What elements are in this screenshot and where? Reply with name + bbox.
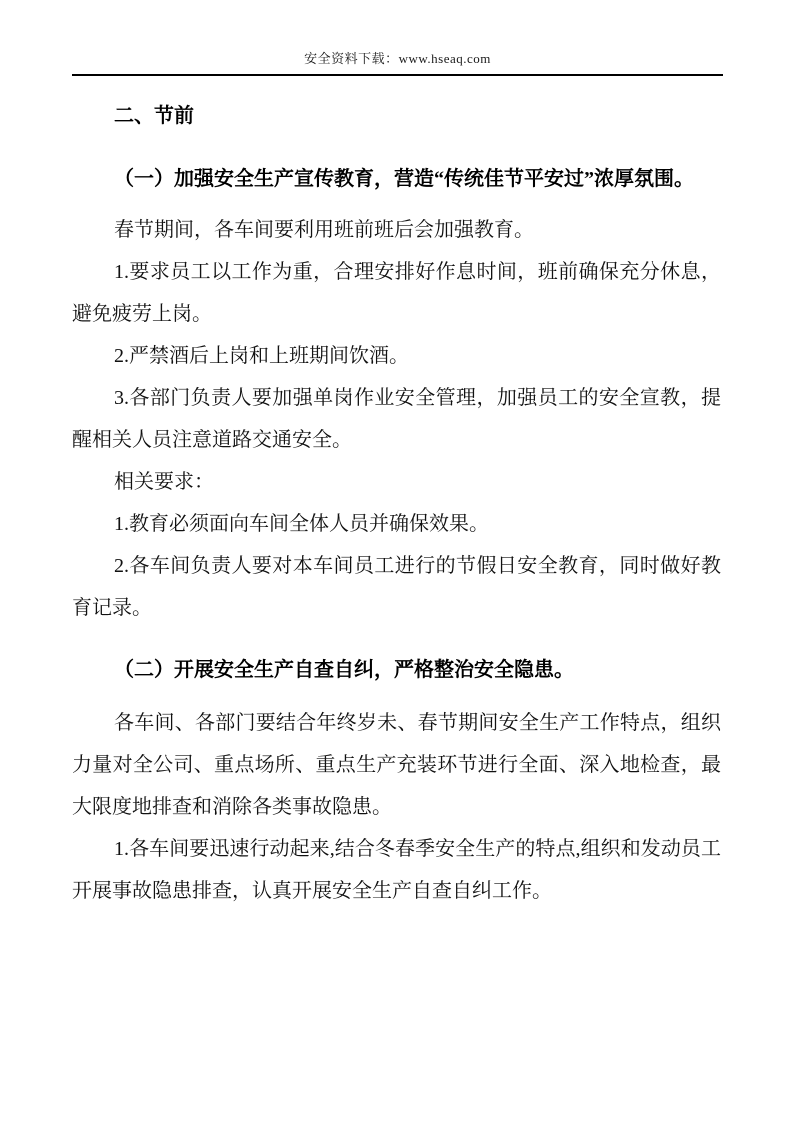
paragraph-item-3-management: 3.各部门负责人要加强单岗作业安全管理，加强员工的安全宣教，提醒相关人员注意道路… (72, 377, 721, 461)
paragraph-requirement-2: 2.各车间负责人要对本车间员工进行的节假日安全教育，同时做好教育记录。 (72, 545, 721, 629)
paragraph-intro-education: 春节期间，各车间要利用班前班后会加强教育。 (72, 209, 721, 251)
document-body: 二、节前 （一）加强安全生产宣传教育，营造“传统佳节平安过”浓厚氛围。 春节期间… (72, 77, 721, 912)
paragraph-requirement-1: 1.教育必须面向车间全体人员并确保效果。 (72, 503, 721, 545)
paragraph-item-2-alcohol: 2.严禁酒后上岗和上班期间饮酒。 (72, 335, 721, 377)
paragraph-inspection-overview: 各车间、各部门要结合年终岁未、春节期间安全生产工作特点，组织力量对全公司、重点场… (72, 702, 721, 828)
page-header-download-note: 安全资料下载：www.hseaq.com (72, 48, 723, 76)
paragraph-related-requirements-label: 相关要求： (72, 461, 721, 503)
section-title: 二、节前 (72, 95, 721, 137)
paragraph-inspection-item-1: 1.各车间要迅速行动起来,结合冬春季安全生产的特点,组织和发动员工开展事故隐患排… (72, 828, 721, 912)
sub-heading-1: （一）加强安全生产宣传教育，营造“传统佳节平安过”浓厚氛围。 (72, 158, 721, 200)
sub-heading-2: （二）开展安全生产自查自纠，严格整治安全隐患。 (72, 649, 721, 691)
document-page: 安全资料下载：www.hseaq.com 二、节前 （一）加强安全生产宣传教育，… (0, 0, 793, 1122)
paragraph-item-1-rest: 1.要求员工以工作为重，合理安排好作息时间，班前确保充分休息，避免疲劳上岗。 (72, 251, 721, 335)
